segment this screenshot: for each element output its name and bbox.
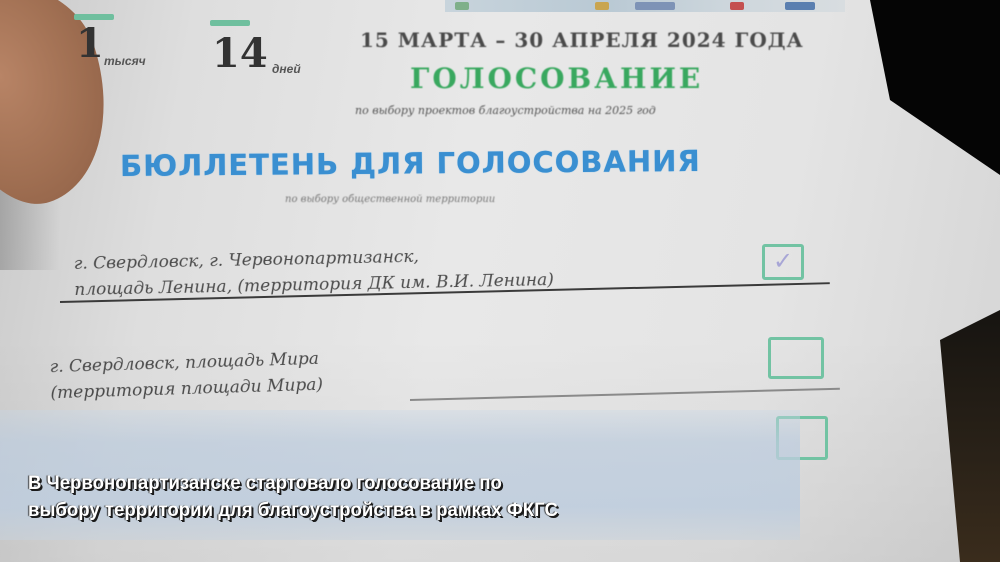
voting-heading: ГОЛОСОВАНИЕ: [410, 62, 703, 95]
strip-icon: [785, 2, 815, 10]
option-1-checkbox: ✓: [762, 244, 804, 280]
strip-icon: [595, 2, 609, 10]
video-frame: 1 тысяч 14 дней 15 МАРТА – 30 АПРЕЛЯ 202…: [0, 0, 1000, 562]
stat-value: 1: [76, 24, 104, 64]
strip-icon: [730, 2, 744, 10]
ballot-option-1: г. Свердловск, г. Червонопартизанск, пло…: [74, 241, 555, 303]
caption-line-2: выбору территории для благоустройства в …: [28, 497, 792, 524]
checkmark-icon: ✓: [773, 249, 793, 275]
caption-line-1: В Червонопартизанске стартовало голосова…: [28, 470, 792, 497]
stat-tag: [210, 20, 250, 26]
ballot-option-2: г. Свердловск, площадь Мира (территория …: [49, 346, 323, 407]
ballot-top-image-strip: [445, 0, 845, 12]
stat-unit: дней: [272, 62, 301, 76]
option-2-checkbox: [768, 337, 824, 379]
voting-period: 15 МАРТА – 30 АПРЕЛЯ 2024 ГОДА: [360, 28, 840, 52]
stat-unit: тысяч: [104, 54, 146, 68]
stat-value: 14: [212, 34, 268, 74]
ballot-title: БЮЛЛЕТЕНЬ ДЛЯ ГОЛОСОВАНИЯ: [120, 143, 800, 183]
strip-icon: [455, 2, 469, 10]
ballot-subtitle: по выбору общественной территории: [285, 194, 685, 205]
voting-subheading: по выбору проектов благоустройства на 20…: [355, 104, 835, 117]
news-caption: В Червонопартизанске стартовало голосова…: [28, 470, 792, 524]
strip-icon: [635, 2, 675, 10]
